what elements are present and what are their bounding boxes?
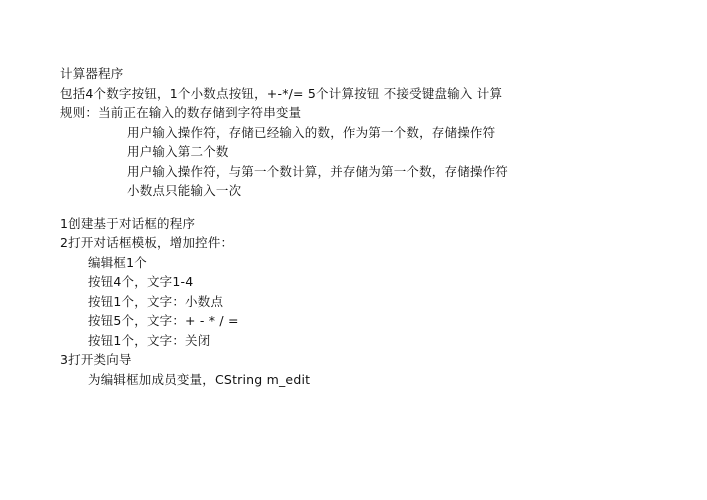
steps-list: 1创建基于对话框的程序 2打开对话框模板，增加控件： 编辑框1个 按钮4个，文字… [60,214,540,390]
step-heading: 2打开对话框模板，增加控件： [60,233,540,253]
document-body: 计算器程序 包括4个数字按钮，1个小数点按钮，+-*/= 5个计算按钮 不接受键… [60,64,540,389]
intro-text-line-2: 规则：当前正在输入的数存储到字符串变量 [60,103,540,123]
rules-list: 用户输入操作符，存储已经输入的数，作为第一个数，存储操作符 用户输入第二个数 用… [60,123,540,201]
step-heading: 1创建基于对话框的程序 [60,214,540,234]
step-heading: 3打开类向导 [60,350,540,370]
spacer [60,201,540,214]
rule-item: 用户输入操作符，存储已经输入的数，作为第一个数，存储操作符 [60,123,540,143]
step-item: 按钮4个，文字1-4 [60,272,540,292]
rule-item: 小数点只能输入一次 [60,181,540,201]
step-item: 为编辑框加成员变量，CString m_edit [60,370,540,390]
intro-text-line-1: 包括4个数字按钮，1个小数点按钮，+-*/= 5个计算按钮 不接受键盘输入 计算 [60,84,540,104]
document-title: 计算器程序 [60,64,540,84]
step-item: 按钮1个，文字：小数点 [60,292,540,312]
step-item: 按钮5个，文字：+ - * / = [60,311,540,331]
step-item: 编辑框1个 [60,253,540,273]
step-item: 按钮1个，文字：关闭 [60,331,540,351]
rule-item: 用户输入操作符，与第一个数计算，并存储为第一个数，存储操作符 [60,162,522,182]
rule-item: 用户输入第二个数 [60,142,540,162]
